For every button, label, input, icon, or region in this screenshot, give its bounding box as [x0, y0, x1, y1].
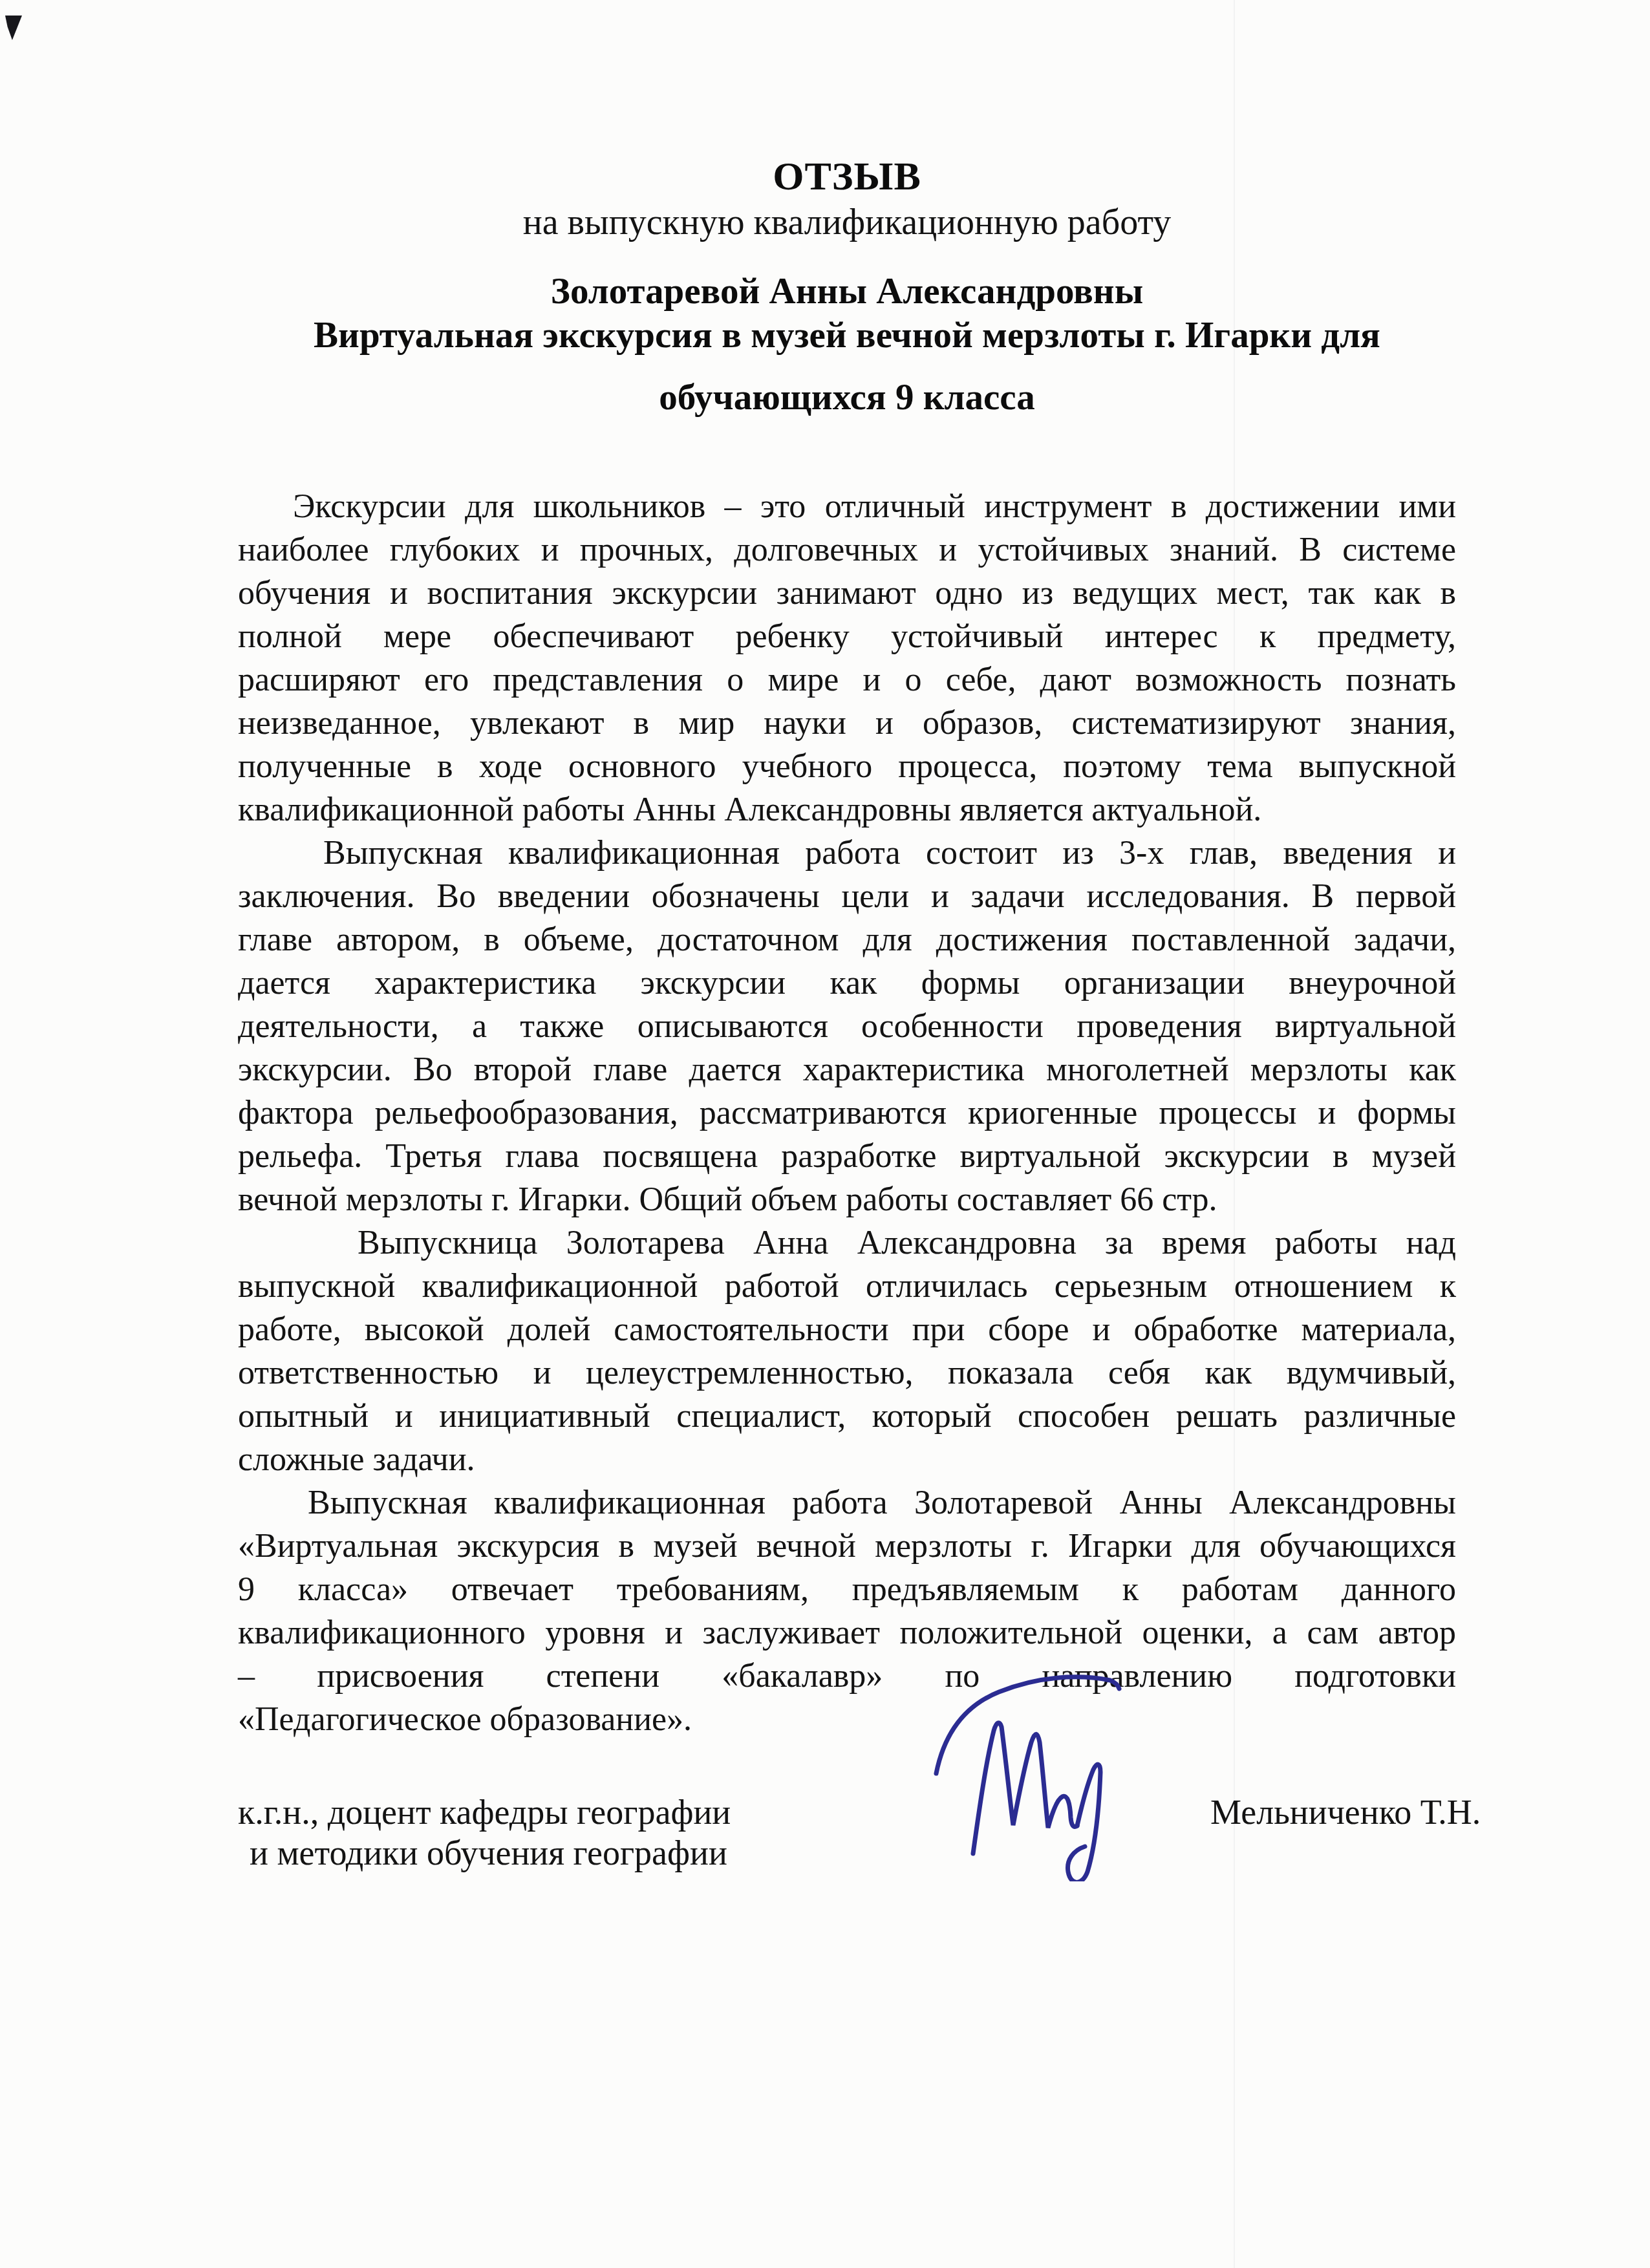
work-title-line-1: Виртуальная экскурсия в музей вечной мер…	[238, 314, 1456, 356]
paragraph-line: Экскурсии для школьников – это отличный …	[238, 485, 1456, 528]
paragraph-line: полной мере обеспечивают ребенку устойчи…	[238, 615, 1456, 658]
reviewer-name: Мельниченко Т.Н.	[1210, 1792, 1547, 1833]
paragraph-line: «Виртуальная экскурсия в музей вечной ме…	[238, 1524, 1456, 1568]
reviewer-position-line-2: и методики обучения географии	[238, 1833, 884, 1874]
paragraph-line: 9 класса» отвечает требованиям, предъявл…	[238, 1568, 1456, 1611]
paragraph-line: фактора рельефообразования, рассматриваю…	[238, 1091, 1456, 1135]
paragraph-line: выпускной квалификационной работой отлич…	[238, 1265, 1456, 1308]
paragraph-line: главе автором, в объеме, достаточном для…	[238, 918, 1456, 961]
author-name-line: Золотаревой Анны Александровны	[238, 270, 1456, 312]
signature-ink	[915, 1658, 1128, 1881]
paragraph-line: рельефа. Третья глава посвящена разработ…	[238, 1135, 1456, 1178]
paragraph-line: вечной мерзлоты г. Игарки. Общий объем р…	[238, 1178, 1456, 1221]
paragraph-line: расширяют его представления о мире и о с…	[238, 658, 1456, 701]
paragraph-line: ответственностью и целеустремленностью, …	[238, 1351, 1456, 1395]
paragraph-line: обучения и воспитания экскурсии занимают…	[238, 572, 1456, 615]
paragraph-line: квалификационного уровня и заслуживает п…	[238, 1611, 1456, 1654]
paragraph-line: наиболее глубоких и прочных, долговечных…	[238, 528, 1456, 572]
scan-corner-artifact	[5, 16, 22, 40]
work-title-line-2: обучающихся 9 класса	[238, 376, 1456, 418]
paragraph-line: полученные в ходе основного учебного про…	[238, 745, 1456, 788]
paragraph-line: экскурсии. Во второй главе дается характ…	[238, 1048, 1456, 1091]
reviewer-position: к.г.н., доцент кафедры географии и метод…	[238, 1792, 884, 1874]
reviewer-position-line-1: к.г.н., доцент кафедры географии	[238, 1792, 884, 1833]
paragraph-line: – присвоения степени «бакалавр» по напра…	[238, 1654, 1456, 1698]
paragraph-line: деятельности, а также описываются особен…	[238, 1005, 1456, 1048]
paragraph-line: сложные задачи.	[238, 1438, 1456, 1481]
paragraph-line: «Педагогическое образование».	[238, 1698, 1456, 1741]
paragraph-line: работе, высокой долей самостоятельности …	[238, 1308, 1456, 1351]
paragraph-line: дается характеристика экскурсии как форм…	[238, 961, 1456, 1005]
paragraph-line: опытный и инициативный специалист, котор…	[238, 1395, 1456, 1438]
paragraph-line: Выпускница Золотарева Анна Александровна…	[238, 1221, 1456, 1265]
paragraph-line: Выпускная квалификационная работа Золота…	[238, 1481, 1456, 1524]
document-subtitle: на выпускную квалификационную работу	[238, 202, 1456, 243]
paragraph-line: заключения. Во введении обозначены цели …	[238, 875, 1456, 918]
paragraph-line: Выпускная квалификационная работа состои…	[238, 831, 1456, 875]
paragraph-line: неизведанное, увлекают в мир науки и обр…	[238, 701, 1456, 745]
document-title: ОТЗЫВ	[238, 154, 1456, 200]
body-paragraphs: Экскурсии для школьников – это отличный …	[238, 485, 1456, 1741]
document-page: ОТЗЫВ на выпускную квалификационную рабо…	[0, 0, 1650, 2268]
paragraph-line: квалификационной работы Анны Александров…	[238, 788, 1456, 831]
